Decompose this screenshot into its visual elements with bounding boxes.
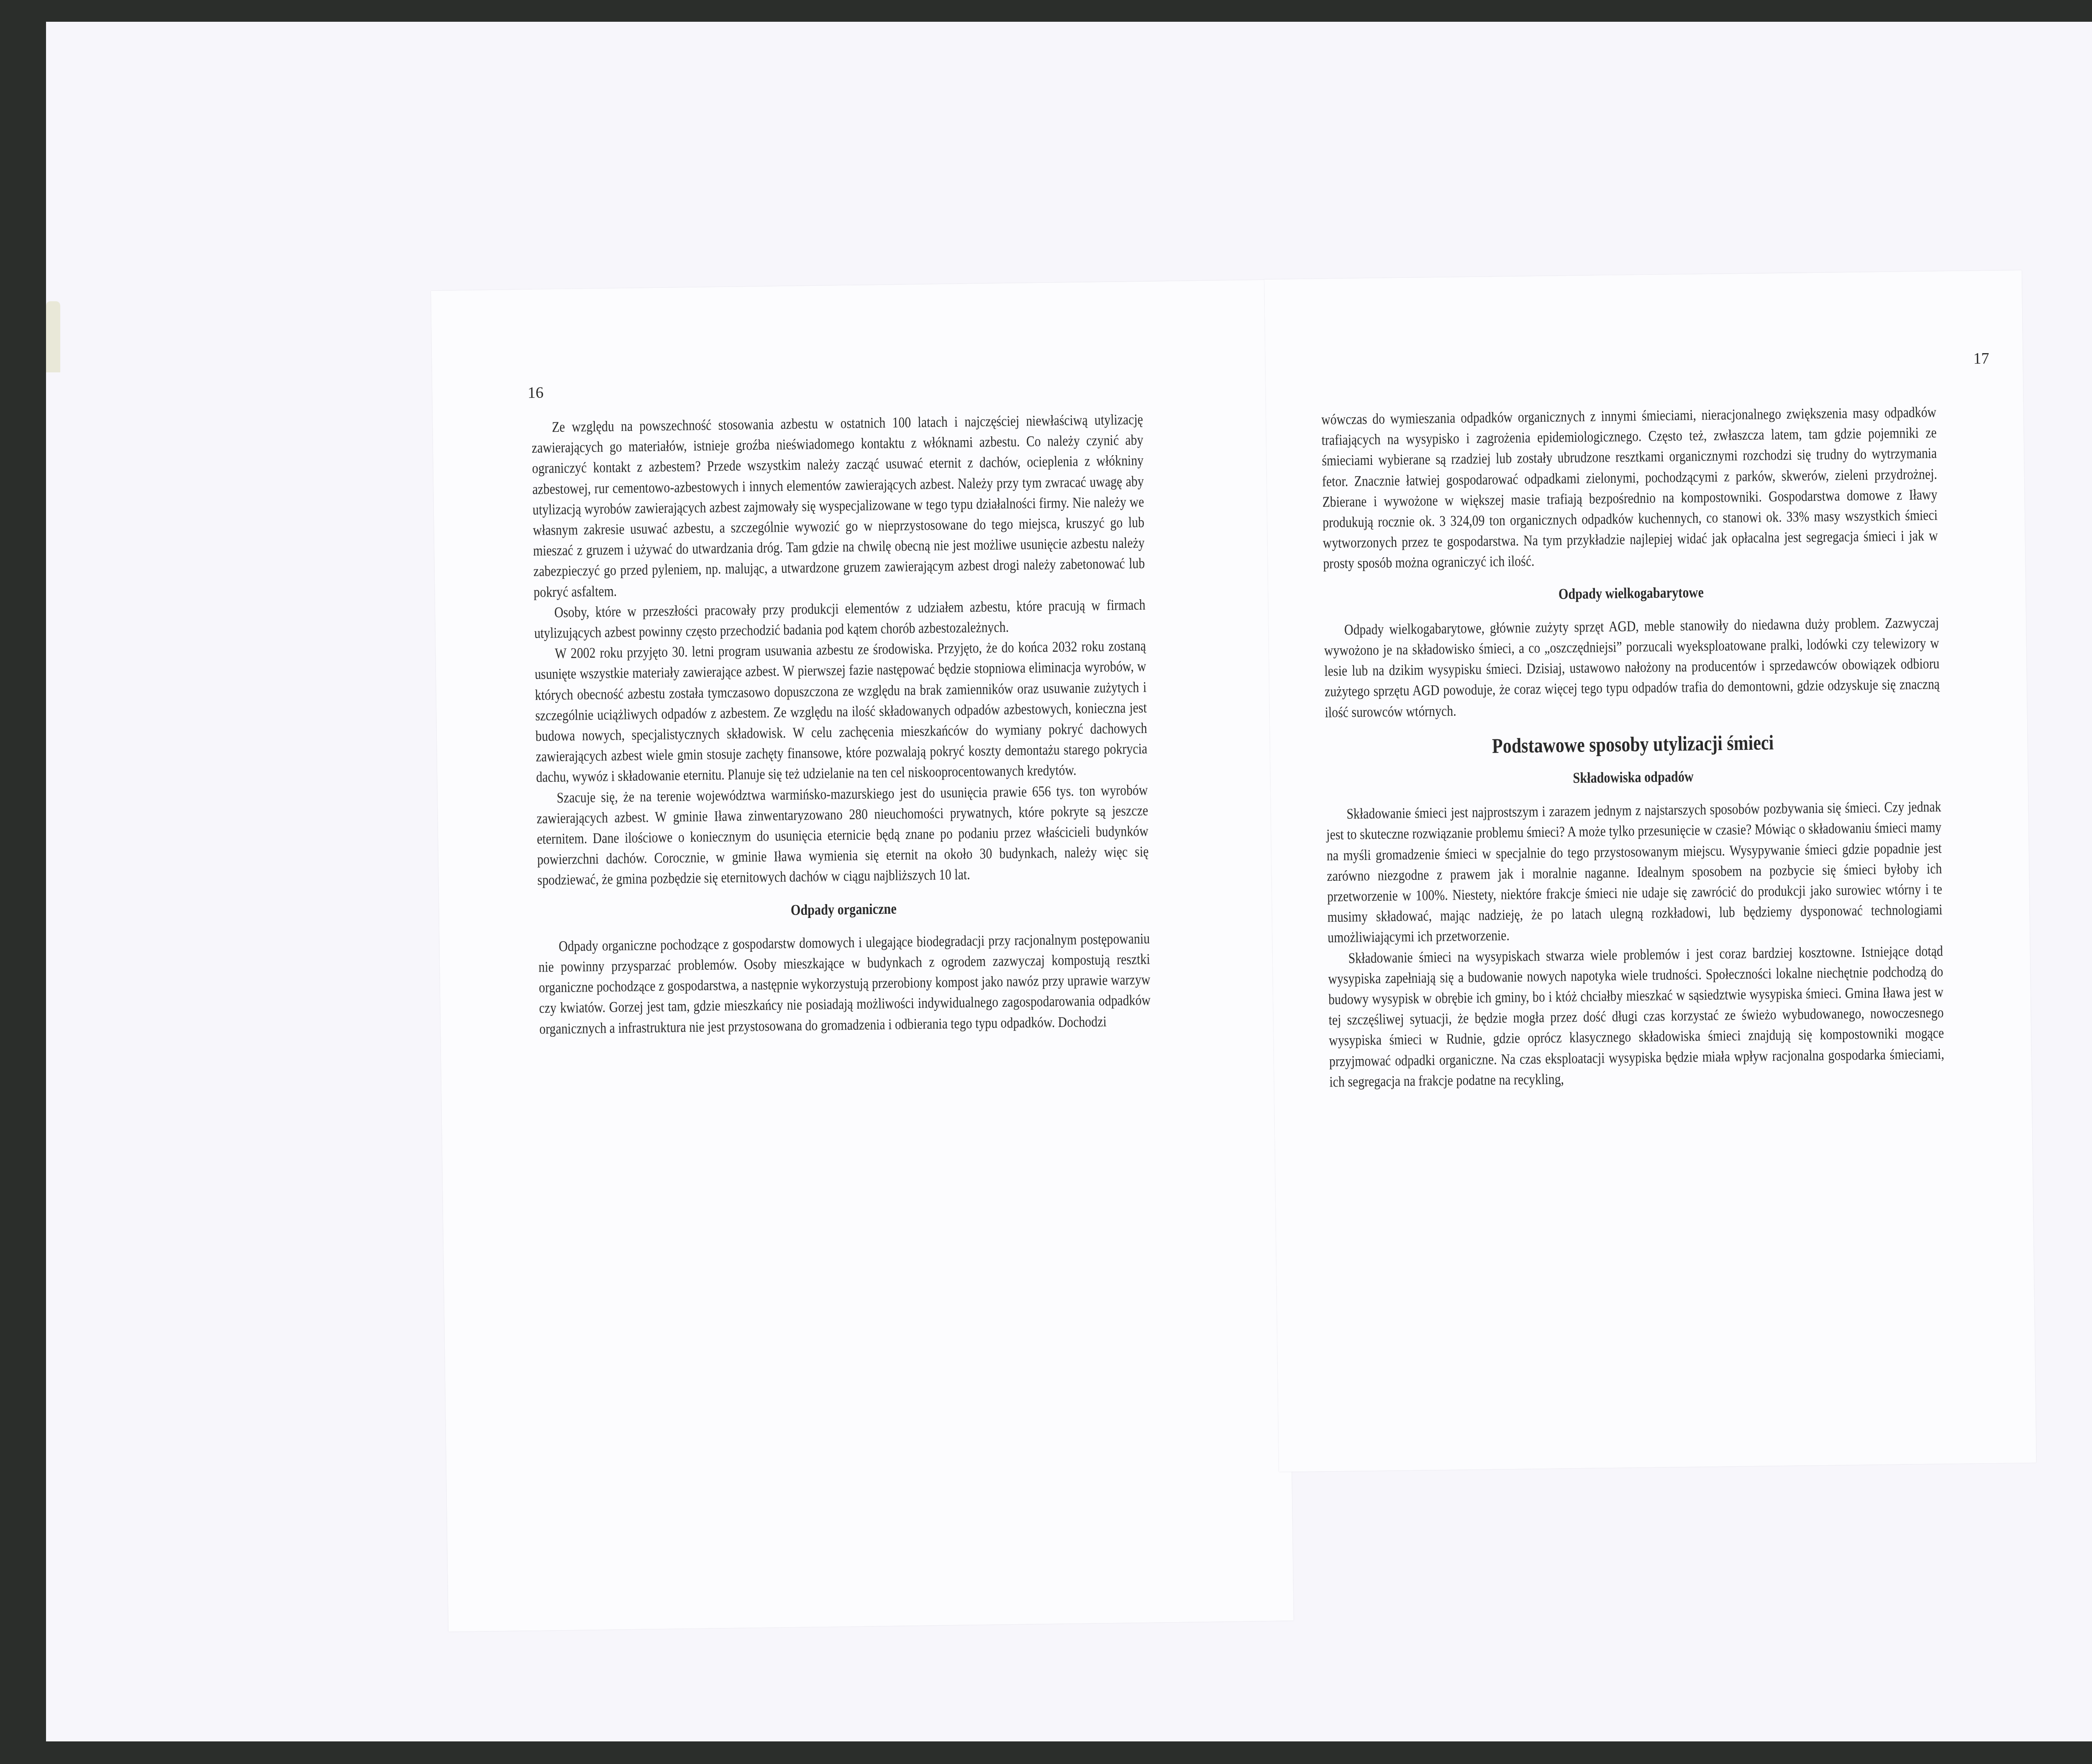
- section-heading: Odpady organiczne: [538, 895, 1149, 923]
- paragraph: Szacuje się, że na terenie województwa w…: [536, 779, 1149, 890]
- paragraph: Ze względu na powszechność stosowania az…: [531, 409, 1145, 603]
- booklet-page-left: 16 Ze względu na powszechność stosowania…: [431, 280, 1294, 1632]
- paragraph: Składowanie śmieci jest najprostszym i z…: [1326, 797, 1943, 948]
- page-body: wówczas do wymieszania odpadków organicz…: [1321, 402, 1945, 1092]
- paragraph: Odpady organiczne pochodzące z gospodars…: [538, 928, 1151, 1039]
- paragraph-continuation: wówczas do wymieszania odpadków organicz…: [1321, 402, 1938, 574]
- section-heading: Odpady wielkogabarytowe: [1323, 579, 1938, 607]
- page-number: 16: [528, 383, 544, 402]
- chapter-title: Podstawowe sposoby utylizacji śmieci: [1325, 730, 1940, 758]
- page-body: Ze względu na powszechność stosowania az…: [531, 409, 1151, 1039]
- booklet-page-right: 17 wówczas do wymieszania odpadków organ…: [1264, 270, 2036, 1472]
- paragraph: W 2002 roku przyjęto 30. letni program u…: [534, 636, 1148, 788]
- tape-stain: [46, 301, 60, 372]
- paragraph: Odpady wielkogabarytowe, głównie zużyty …: [1324, 612, 1940, 723]
- page-number: 17: [1973, 349, 1989, 368]
- paragraph: Składowanie śmieci na wysypiskach stwarz…: [1328, 941, 1945, 1092]
- section-heading: Składowiska odpadów: [1325, 763, 1941, 791]
- paragraph: Osoby, które w przeszłości pracowały prz…: [534, 595, 1146, 644]
